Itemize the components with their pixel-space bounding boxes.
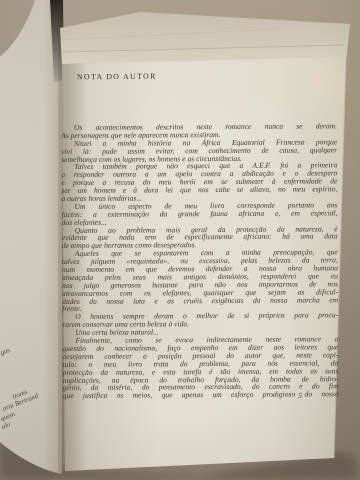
page-number: 5: [61, 391, 302, 400]
paragraph: Situei a minha história na África Equato…: [61, 138, 337, 163]
paragraph: Aqueles que se espantarem com a minha pr…: [62, 249, 338, 314]
text-line: dades da nossa luta e as cruéis exigênci…: [62, 296, 338, 306]
page-stack-top-edge: [60, 12, 350, 66]
paragraph: Talvez também porque não esqueci que a A…: [61, 162, 337, 203]
paragraph: O homens sempre deram o melhor de si pró…: [62, 312, 338, 329]
chapter-heading: NOTA DO AUTOR: [77, 72, 157, 82]
paragraph: Quanto ao problema mais geral da protecç…: [62, 225, 338, 250]
author-note-text: Os acontecimentos descritos neste romanc…: [61, 122, 339, 400]
paragraph: Um único aspecto de meu livro correspond…: [61, 201, 337, 226]
book-photo-scene: NOTA DO AUTOR Os acontecimentos descrito…: [0, 0, 360, 480]
